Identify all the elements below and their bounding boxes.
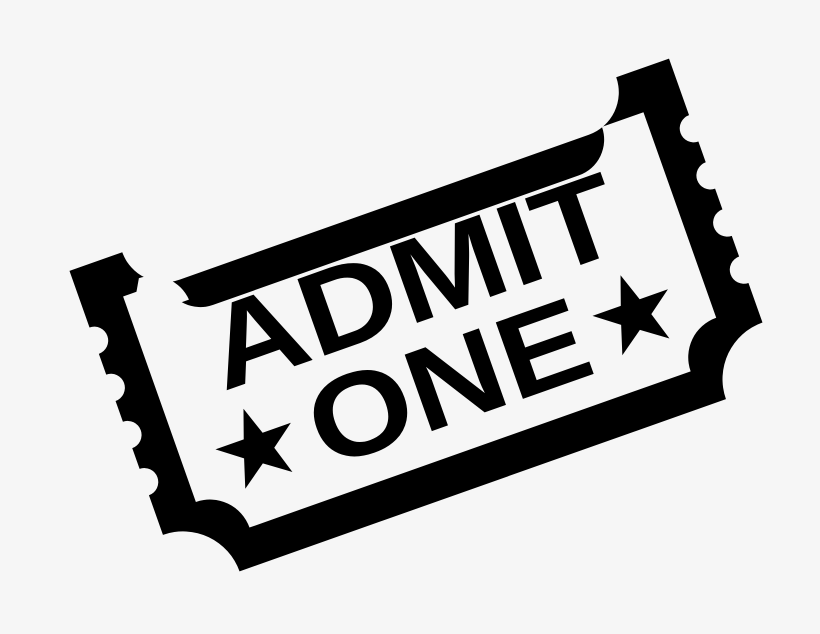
admit-one-ticket: ADMIT ONE [0, 0, 820, 634]
